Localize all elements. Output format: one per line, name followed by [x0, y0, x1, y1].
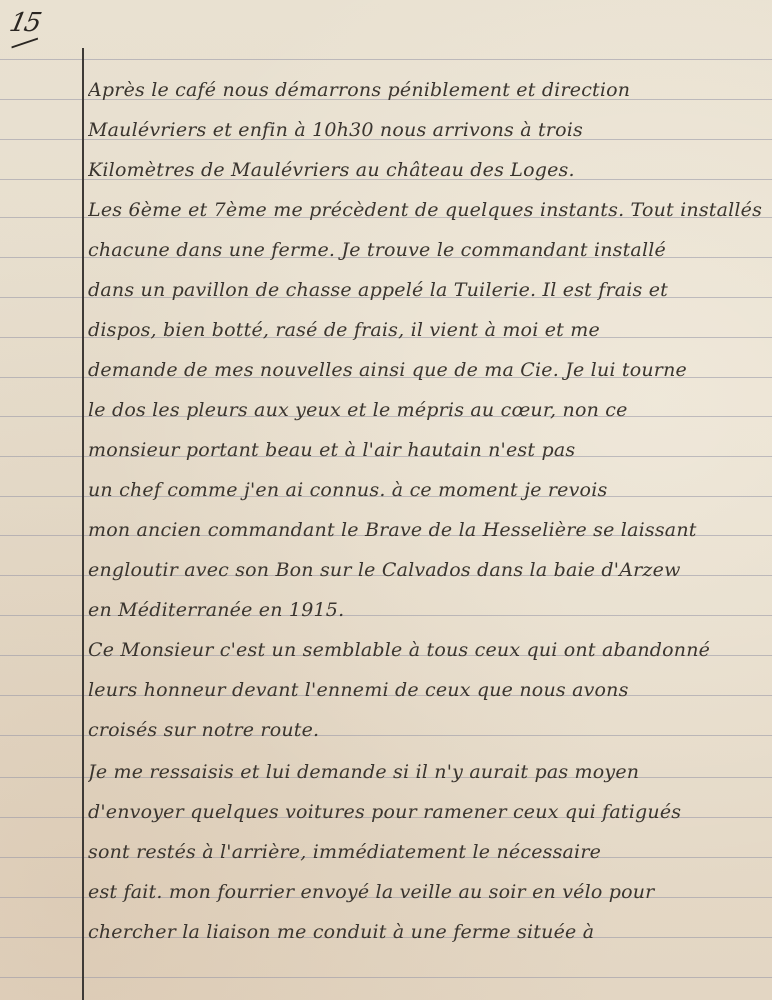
text-line: le dos les pleurs aux yeux et le mépris … [88, 398, 768, 422]
text-line: chercher la liaison me conduit à une fer… [88, 920, 768, 944]
text-line: chacune dans une ferme. Je trouve le com… [88, 238, 768, 262]
text-line: d'envoyer quelques voitures pour ramener… [88, 800, 768, 824]
text-line: est fait. mon fourrier envoyé la veille … [88, 880, 768, 904]
text-line: engloutir avec son Bon sur le Calvados d… [88, 558, 768, 582]
text-line: dans un pavillon de chasse appelé la Tui… [88, 278, 768, 302]
ruled-line [0, 59, 772, 60]
page-number-text: 15 [7, 8, 42, 38]
page-number-underline [11, 38, 38, 49]
text-line: dispos, bien botté, rasé de frais, il vi… [88, 318, 768, 342]
text-line: demande de mes nouvelles ainsi que de ma… [88, 358, 768, 382]
text-line: sont restés à l'arrière, immédiatement l… [88, 840, 768, 864]
margin-line [82, 48, 84, 1000]
text-line: mon ancien commandant le Brave de la Hes… [88, 518, 768, 542]
text-line: Ce Monsieur c'est un semblable à tous ce… [88, 638, 768, 662]
text-line: leurs honneur devant l'ennemi de ceux qu… [88, 678, 768, 702]
page-number: 15 [7, 8, 42, 38]
text-line: Les 6ème et 7ème me précèdent de quelque… [88, 198, 768, 222]
text-line: monsieur portant beau et à l'air hautain… [88, 438, 768, 462]
ruled-line [0, 977, 772, 978]
text-line: Kilomètres de Maulévriers au château des… [88, 158, 768, 182]
text-line: Maulévriers et enfin à 10h30 nous arrivo… [88, 118, 768, 142]
text-line: Je me ressaisis et lui demande si il n'y… [88, 760, 768, 784]
notebook-page: 15 Après le café nous démarrons péniblem… [0, 0, 772, 1000]
text-line: un chef comme j'en ai connus. à ce momen… [88, 478, 768, 502]
text-line: Après le café nous démarrons péniblement… [88, 78, 768, 102]
text-line: croisés sur notre route. [88, 718, 768, 742]
text-line: en Méditerranée en 1915. [88, 598, 768, 622]
